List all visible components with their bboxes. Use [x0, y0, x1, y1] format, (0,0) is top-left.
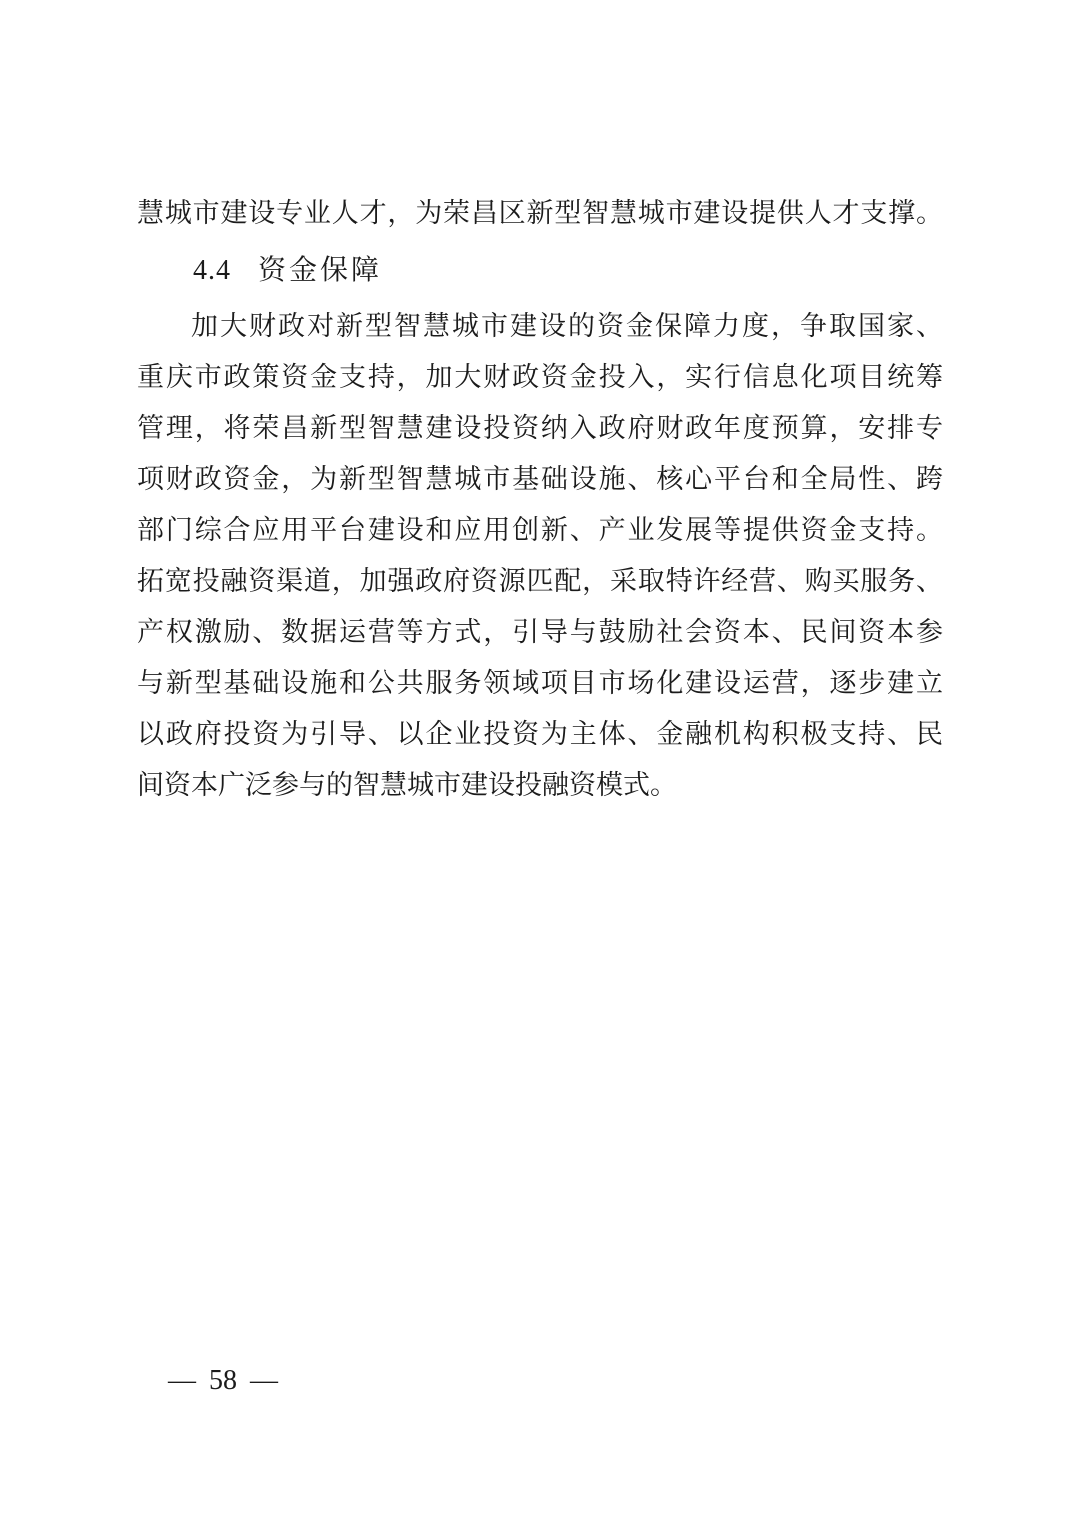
paragraph-line: 加大财政对新型智慧城市建设的资金保障力度，争取国家、 — [137, 301, 943, 352]
footer-left-dash: — — [168, 1363, 196, 1399]
page-footer: — 58 — — [168, 1363, 278, 1399]
continuation-line: 慧城市建设专业人才，为荣昌区新型智慧城市建设提供人才支撑。 — [137, 188, 943, 239]
paragraph-line: 项财政资金，为新型智慧城市基础设施、核心平台和全局性、跨 — [137, 454, 943, 505]
paragraph-line: 与新型基础设施和公共服务领域项目市场化建设运营，逐步建立 — [137, 658, 943, 709]
paragraph-line: 以政府投资为引导、以企业投资为主体、金融机构积极支持、民 — [137, 709, 943, 760]
section-heading: 4.4 资金保障 — [137, 245, 943, 296]
section-number: 4.4 — [193, 255, 231, 286]
paragraph-line: 部门综合应用平台建设和应用创新、产业发展等提供资金支持。 — [137, 505, 943, 556]
paragraph-line-last: 间资本广泛参与的智慧城市建设投融资模式。 — [137, 760, 943, 811]
page-number: 58 — [209, 1363, 237, 1399]
paragraph-line: 重庆市政策资金支持，加大财政资金投入，实行信息化项目统筹 — [137, 352, 943, 403]
section-title: 资金保障 — [258, 255, 382, 286]
paragraph-line: 管理，将荣昌新型智慧建设投资纳入政府财政年度预算，安排专 — [137, 403, 943, 454]
document-page: 慧城市建设专业人才，为荣昌区新型智慧城市建设提供人才支撑。 4.4 资金保障 加… — [0, 0, 1075, 1520]
footer-right-dash: — — [250, 1363, 278, 1399]
paragraph-line: 产权激励、数据运营等方式，引导与鼓励社会资本、民间资本参 — [137, 607, 943, 658]
paragraph-line: 拓宽投融资渠道，加强政府资源匹配，采取特许经营、购买服务、 — [137, 556, 943, 607]
page-content: 慧城市建设专业人才，为荣昌区新型智慧城市建设提供人才支撑。 4.4 资金保障 加… — [137, 188, 943, 811]
